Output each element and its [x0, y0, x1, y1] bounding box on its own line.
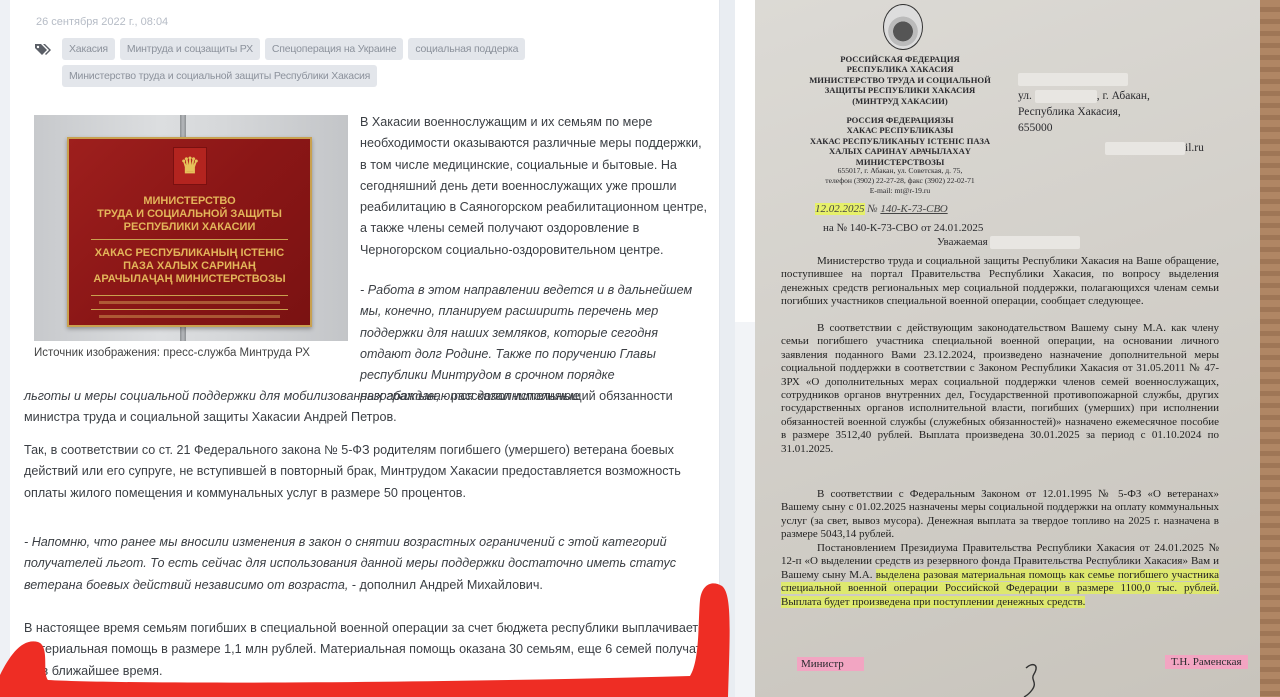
email-line: E-mail: mt@r-19.ru: [795, 186, 1005, 196]
tag-social-support[interactable]: социальная поддерка: [408, 38, 525, 60]
signatory-name: Т.Н. Раменская: [1165, 655, 1248, 669]
ministry-plaque: ♛ МИНИСТЕРСТВО ТРУДА И СОЦИАЛЬНОЙ ЗАЩИТЫ…: [67, 137, 312, 327]
article-quote-1-end: льготы и меры социальной поддержки для м…: [24, 386, 714, 429]
publish-date: 26 сентября 2022 г., 08:04: [36, 16, 168, 28]
reference-number: на № 140-К-73-СВО от 24.01.2025: [823, 222, 983, 234]
letterhead-line: РЕСПУБЛИКА ХАКАСИЯ: [795, 64, 1005, 74]
plaque-line: ПАЗА ХАЛЫХ САРИНАҢ: [69, 260, 310, 273]
letter-paragraph-2: В соответствии с действующим законодател…: [781, 322, 1219, 456]
letterhead-russian: РОССИЙСКАЯ ФЕДЕРАЦИЯ РЕСПУБЛИКА ХАКАСИЯ …: [795, 54, 1005, 106]
recipient-address: ул. , г. Абакан, Республика Хакасия, 655…: [1018, 72, 1150, 136]
letterhead-line: РОССИЯ ФЕДЕРАЦИЯЗЫ: [795, 115, 1005, 125]
signature-title: Министр: [797, 657, 864, 671]
khakasia-coat-of-arms-icon: [883, 4, 923, 50]
russian-eagle-emblem-icon: ♛: [173, 147, 207, 185]
letter-paragraph-1: Министерство труда и социальной защиты Р…: [781, 255, 1219, 309]
news-article-screenshot: 26 сентября 2022 г., 08:04 Хакасия Минтр…: [0, 0, 735, 697]
letterhead-line: ЗАЩИТЫ РЕСПУБЛИКИ ХАКАСИЯ: [795, 85, 1005, 95]
letterhead-line: ХАЛЫХ САРИНАҮ АРАЧЫЛАХАҮ: [795, 146, 1005, 156]
plaque-line: ТРУДА И СОЦИАЛЬНОЙ ЗАЩИТЫ: [69, 208, 310, 221]
plaque-small-text: [99, 301, 280, 304]
plaque-line: РЕСПУБЛИКИ ХАКАСИИ: [69, 221, 310, 234]
quote-attribution: - дополнил Андрей Михайлович.: [348, 578, 543, 592]
article-paragraph-3: В настоящее время семьям погибших в спец…: [24, 618, 714, 682]
letterhead-address: 655017, г. Абакан, ул. Советская, д. 75,…: [795, 166, 1005, 196]
tag-list: Хакасия Минтруда и соцзащиты РХ Спецопер…: [62, 38, 542, 87]
wooden-table-edge: [1258, 0, 1280, 697]
outgoing-number: 12.02.2025 № 140-К-73-СВО: [815, 203, 948, 215]
redacted-email: [1105, 142, 1185, 155]
tag-specoperation[interactable]: Спецоперация на Украине: [265, 38, 403, 60]
letter-paragraph-4: Постановлением Президиума Правительства …: [781, 542, 1219, 609]
plaque-small-text: [99, 315, 280, 318]
tags-icon: [34, 42, 52, 56]
article-quote-2: - Напомню, что ранее мы вносили изменени…: [24, 532, 714, 596]
street-prefix: ул.: [1018, 90, 1032, 102]
plaque-divider: [91, 295, 288, 296]
handwritten-signature-icon: [1020, 660, 1050, 697]
article-paragraph-2: Так, в соответствии со ст. 21 Федерально…: [24, 440, 714, 504]
phone-line: телефон (3902) 22-27-28, факс (3902) 22-…: [795, 176, 1005, 186]
letterhead-line: (МИНТРУД ХАКАСИИ): [795, 96, 1005, 106]
plaque-line: МИНИСТЕРСТВО: [69, 195, 310, 208]
quote-text: льготы и меры социальной поддержки для м…: [24, 389, 440, 403]
redacted-street: [1035, 90, 1097, 103]
scrollbar[interactable]: [719, 0, 735, 697]
outgoing-date: 12.02.2025: [815, 203, 865, 215]
article-photo: ♛ МИНИСТЕРСТВО ТРУДА И СОЦИАЛЬНОЙ ЗАЩИТЫ…: [34, 115, 348, 341]
greeting: Уважаемая: [937, 236, 1080, 249]
tag-mintruda[interactable]: Минтруда и соцзащиты РХ: [120, 38, 260, 60]
recipient-region: Республика Хакасия,: [1018, 106, 1121, 118]
redacted-name: [990, 236, 1080, 249]
address-line: 655017, г. Абакан, ул. Советская, д. 75,: [795, 166, 1005, 176]
redacted-name: [1018, 73, 1128, 86]
recipient-postcode: 655000: [1018, 122, 1053, 134]
tag-ministry[interactable]: Министерство труда и социальной защиты Р…: [62, 65, 377, 87]
official-letter-photo: РОССИЙСКАЯ ФЕДЕРАЦИЯ РЕСПУБЛИКА ХАКАСИЯ …: [755, 0, 1280, 697]
outgoing-no: 140-К-73-СВО: [880, 203, 947, 215]
letterhead-line: МИНИСТЕРСТВО ТРУДА И СОЦИАЛЬНОЙ: [795, 75, 1005, 85]
plaque-line: АРАЧЫЛАҶАҢ МИНИСТЕРСТВОЗЫ: [69, 273, 310, 286]
letterhead-line: ХАКАС РЕСПУБЛИКАНЫҮ ІСТЕНІС ПАЗА: [795, 136, 1005, 146]
recipient-email: il.ru: [1105, 142, 1204, 155]
recipient-city: , г. Абакан,: [1097, 90, 1150, 102]
letterhead-line: РОССИЙСКАЯ ФЕДЕРАЦИЯ: [795, 54, 1005, 64]
panel-separator: [735, 0, 755, 697]
photo-caption: Источник изображения: пресс-служба Минтр…: [34, 347, 310, 359]
plaque-divider: [91, 309, 288, 310]
letter-paper: РОССИЙСКАЯ ФЕДЕРАЦИЯ РЕСПУБЛИКА ХАКАСИЯ …: [755, 0, 1260, 697]
article-lead-paragraph: В Хакасии военнослужащим и их семьям по …: [360, 112, 710, 261]
plaque-divider: [91, 239, 288, 240]
letter-paragraph-3: В соответствии с Федеральным Законом от …: [781, 488, 1219, 542]
plaque-line: ХАКАС РЕСПУБЛИКАНЫҢ ІСТЕНІС: [69, 247, 310, 260]
letterhead-line: ХАКАС РЕСПУБЛИКАЗЫ: [795, 125, 1005, 135]
letterhead-khakas: РОССИЯ ФЕДЕРАЦИЯЗЫ ХАКАС РЕСПУБЛИКАЗЫ ХА…: [795, 115, 1005, 167]
tag-khakasia[interactable]: Хакасия: [62, 38, 115, 60]
